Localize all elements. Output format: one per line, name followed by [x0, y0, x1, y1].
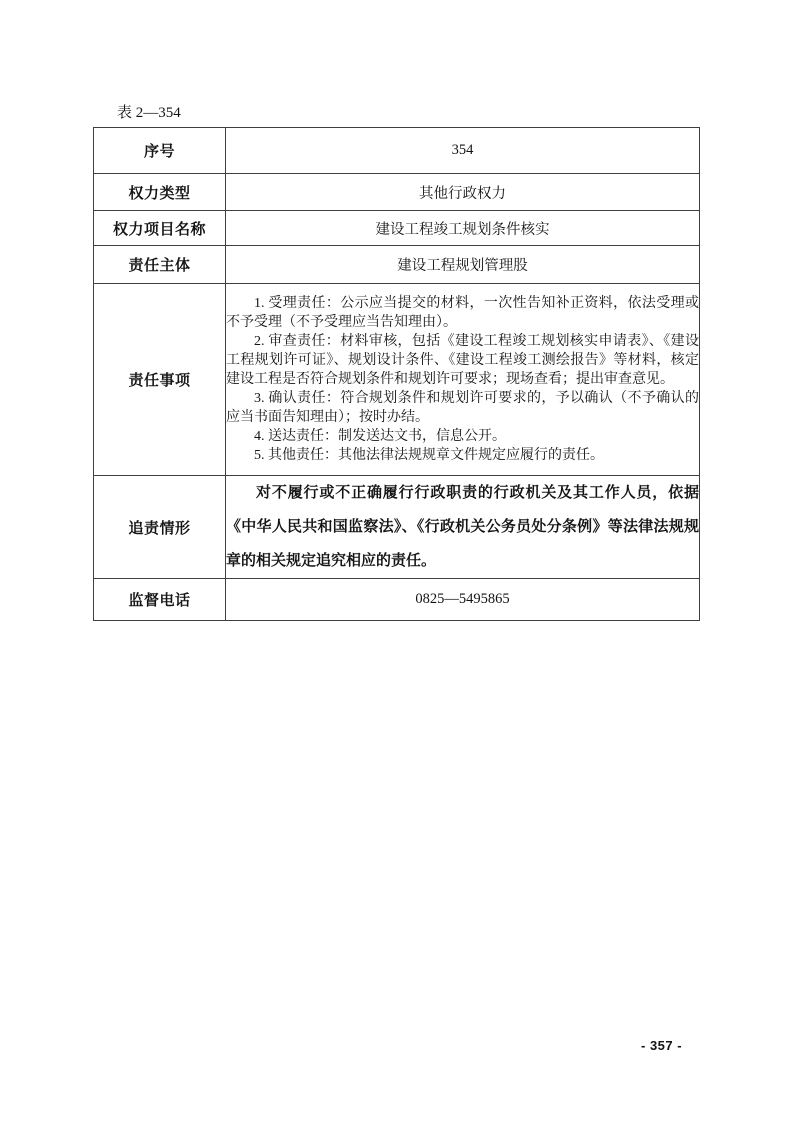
duty-items-label: 责任事项 — [94, 284, 226, 476]
table-row-duty-items: 责任事项 1. 受理责任：公示应当提交的材料，一次性告知补正资料，依法受理或不予… — [94, 284, 700, 476]
power-duty-table: 序号 354 权力类型 其他行政权力 权力项目名称 建设工程竣工规划条件核实 责… — [93, 127, 700, 621]
table-row-power-item-name: 权力项目名称 建设工程竣工规划条件核实 — [94, 211, 700, 246]
duty-items-value: 1. 受理责任：公示应当提交的材料，一次性告知补正资料，依法受理或不予受理（不予… — [226, 284, 700, 476]
supervision-phone-value: 0825—5495865 — [226, 579, 700, 621]
duty-item-2: 2. 审查责任：材料审核，包括《建设工程竣工规划核实申请表》、《建设工程规划许可… — [226, 332, 699, 389]
responsible-body-value: 建设工程规划管理股 — [226, 246, 700, 284]
serial-number-value: 354 — [226, 128, 700, 174]
duty-item-5: 5. 其他责任：其他法律法规规章文件规定应履行的责任。 — [226, 446, 699, 465]
supervision-phone-label: 监督电话 — [94, 579, 226, 621]
table-row-accountability: 追责情形 对不履行或不正确履行行政职责的行政机关及其工作人员，依据《中华人民共和… — [94, 476, 700, 579]
duty-item-1: 1. 受理责任：公示应当提交的材料，一次性告知补正资料，依法受理或不予受理（不予… — [226, 294, 699, 332]
power-item-name-value: 建设工程竣工规划条件核实 — [226, 211, 700, 246]
table-row-responsible-body: 责任主体 建设工程规划管理股 — [94, 246, 700, 284]
page-number: - 357 - — [641, 1038, 682, 1053]
serial-number-label: 序号 — [94, 128, 226, 174]
document-page: 表 2—354 序号 354 权力类型 其他行政权力 权力项目名称 建设工程竣工… — [0, 0, 793, 1122]
accountability-text: 对不履行或不正确履行行政职责的行政机关及其工作人员，依据《中华人民共和国监察法》… — [226, 476, 699, 578]
table-row-supervision-phone: 监督电话 0825—5495865 — [94, 579, 700, 621]
power-type-value: 其他行政权力 — [226, 174, 700, 211]
table-row-power-type: 权力类型 其他行政权力 — [94, 174, 700, 211]
duty-item-4: 4. 送达责任：制发送达文书，信息公开。 — [226, 427, 699, 446]
responsible-body-label: 责任主体 — [94, 246, 226, 284]
table-caption: 表 2—354 — [117, 103, 181, 123]
duty-item-3: 3. 确认责任：符合规划条件和规划许可要求的，予以确认（不予确认的应当书面告知理… — [226, 389, 699, 427]
table-row-serial-number: 序号 354 — [94, 128, 700, 174]
accountability-label: 追责情形 — [94, 476, 226, 579]
accountability-value: 对不履行或不正确履行行政职责的行政机关及其工作人员，依据《中华人民共和国监察法》… — [226, 476, 700, 579]
power-type-label: 权力类型 — [94, 174, 226, 211]
power-item-name-label: 权力项目名称 — [94, 211, 226, 246]
